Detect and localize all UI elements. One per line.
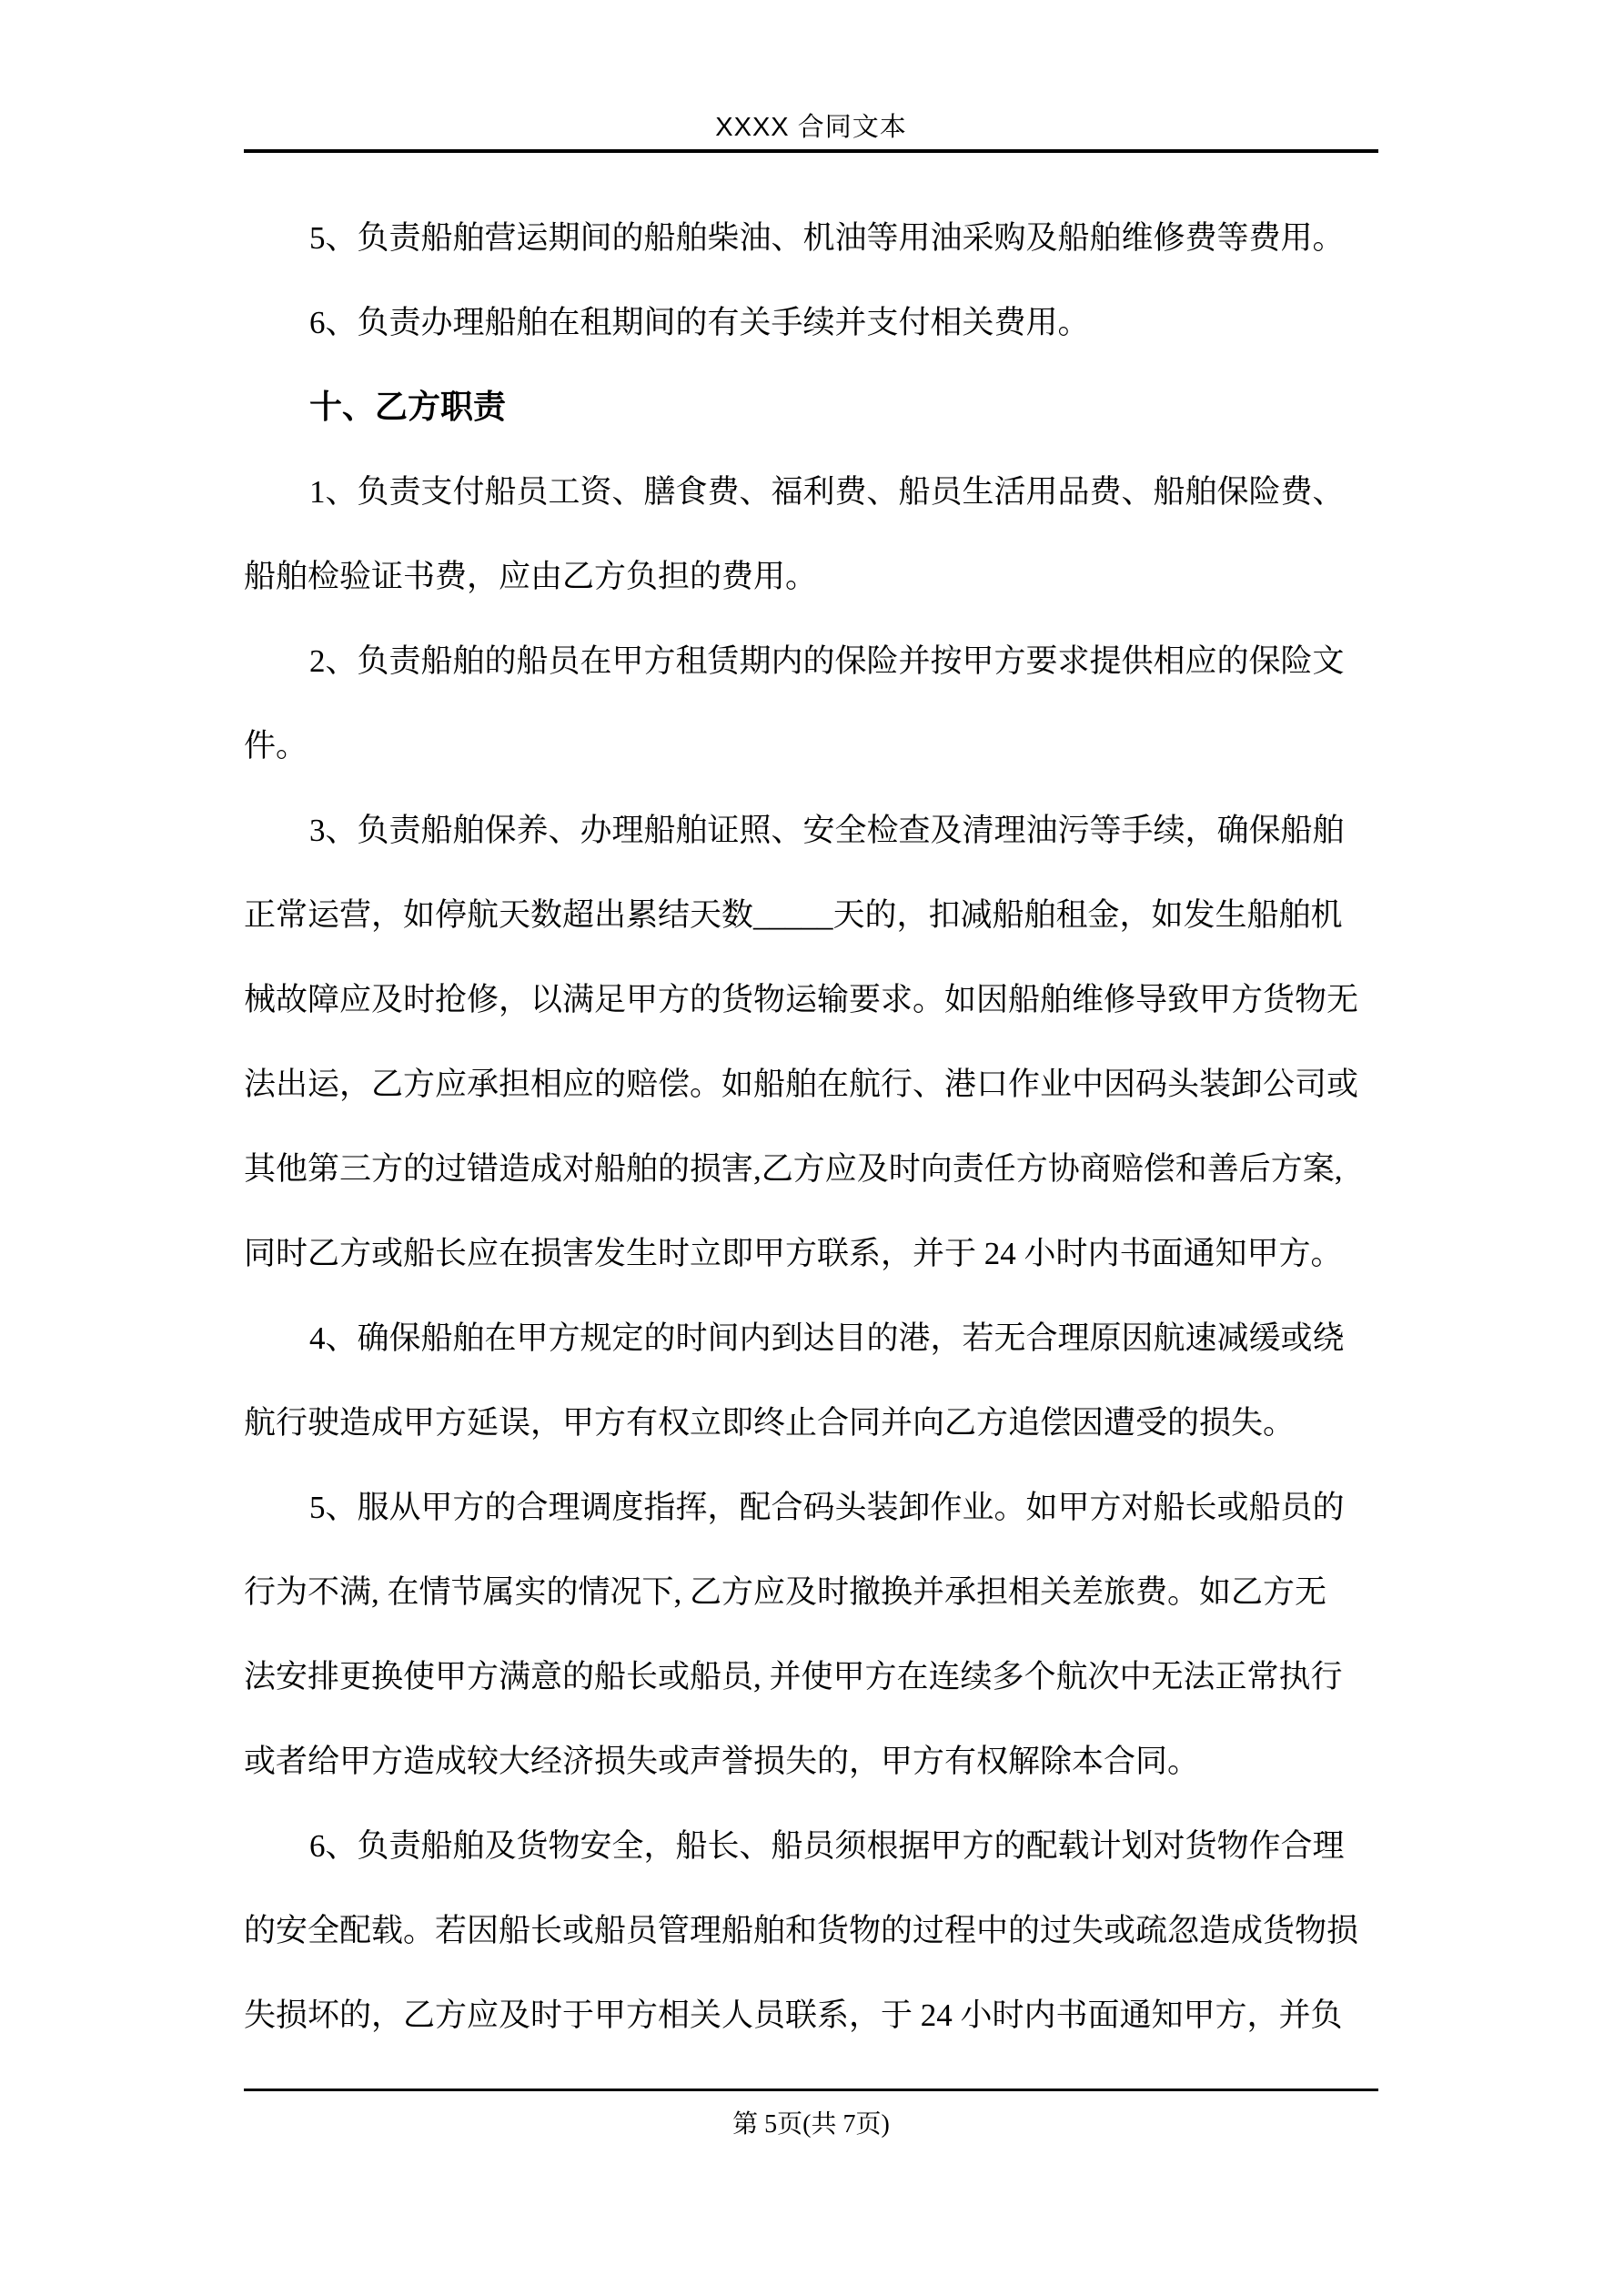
contract-line: 械故障应及时抢修，以满足甲方的货物运输要求。如因船舶维修导致甲方货物无	[244, 957, 1378, 1042]
contract-line: 6、负责船舶及货物安全，船长、船员须根据甲方的配载计划对货物作合理	[244, 1804, 1378, 1888]
contract-line: 5、服从甲方的合理调度指挥，配合码头装卸作业。如甲方对船长或船员的	[244, 1465, 1378, 1550]
contract-line: 或者给甲方造成较大经济损失或声誉损失的，甲方有权解除本合同。	[244, 1719, 1378, 1804]
contract-line: 件。	[244, 703, 1378, 788]
contract-line: 3、负责船舶保养、办理船舶证照、安全检查及清理油污等手续，确保船舶	[244, 788, 1378, 873]
contract-line: 航行驶造成甲方延误，甲方有权立即终止合同并向乙方追偿因遭受的损失。	[244, 1381, 1378, 1465]
contract-line: 失损坏的，乙方应及时于甲方相关人员联系，于 24 小时内书面通知甲方，并负	[244, 1973, 1378, 2058]
footer-rule	[244, 2089, 1378, 2091]
footer-page-number: 第 5页(共 7页)	[244, 2106, 1378, 2144]
contract-line: 正常运营，如停航天数超出累结天数_____天的，扣减船舶租金，如发生船舶机	[244, 873, 1378, 957]
document-body: 5、负责船舶营运期间的船舶柴油、机油等用油采购及船舶维修费等费用。 6、负责办理…	[244, 196, 1378, 2058]
contract-line: 1、负责支付船员工资、膳食费、福利费、船员生活用品费、船舶保险费、	[244, 450, 1378, 534]
contract-line: 5、负责船舶营运期间的船舶柴油、机油等用油采购及船舶维修费等费用。	[244, 196, 1378, 280]
header-title: XXXX 合同文本	[244, 111, 1378, 144]
contract-line: 的安全配载。若因船长或船员管理船舶和货物的过程中的过失或疏忽造成货物损	[244, 1888, 1378, 1973]
contract-line: 2、负责船舶的船员在甲方租赁期内的保险并按甲方要求提供相应的保险文	[244, 619, 1378, 703]
contract-line: 法出运，乙方应承担相应的赔偿。如船舶在航行、港口作业中因码头装卸公司或	[244, 1042, 1378, 1127]
contract-line: 船舶检验证书费，应由乙方负担的费用。	[244, 534, 1378, 619]
header-rule	[244, 149, 1378, 153]
contract-line: 6、负责办理船舶在租期间的有关手续并支付相关费用。	[244, 280, 1378, 365]
contract-line: 其他第三方的过错造成对船舶的损害,乙方应及时向责任方协商赔偿和善后方案,	[244, 1127, 1378, 1211]
contract-line: 行为不满, 在情节属实的情况下, 乙方应及时撤换并承担相关差旅费。如乙方无	[244, 1550, 1378, 1634]
contract-line: 同时乙方或船长应在损害发生时立即甲方联系，并于 24 小时内书面通知甲方。	[244, 1211, 1378, 1296]
contract-line: 4、确保船舶在甲方规定的时间内到达目的港，若无合理原因航速减缓或绕	[244, 1296, 1378, 1381]
contract-document-page: XXXX 合同文本 5、负责船舶营运期间的船舶柴油、机油等用油采购及船舶维修费等…	[0, 0, 1624, 2296]
contract-line: 法安排更换使甲方满意的船长或船员, 并使甲方在连续多个航次中无法正常执行	[244, 1634, 1378, 1719]
section-heading: 十、乙方职责	[244, 365, 1378, 450]
